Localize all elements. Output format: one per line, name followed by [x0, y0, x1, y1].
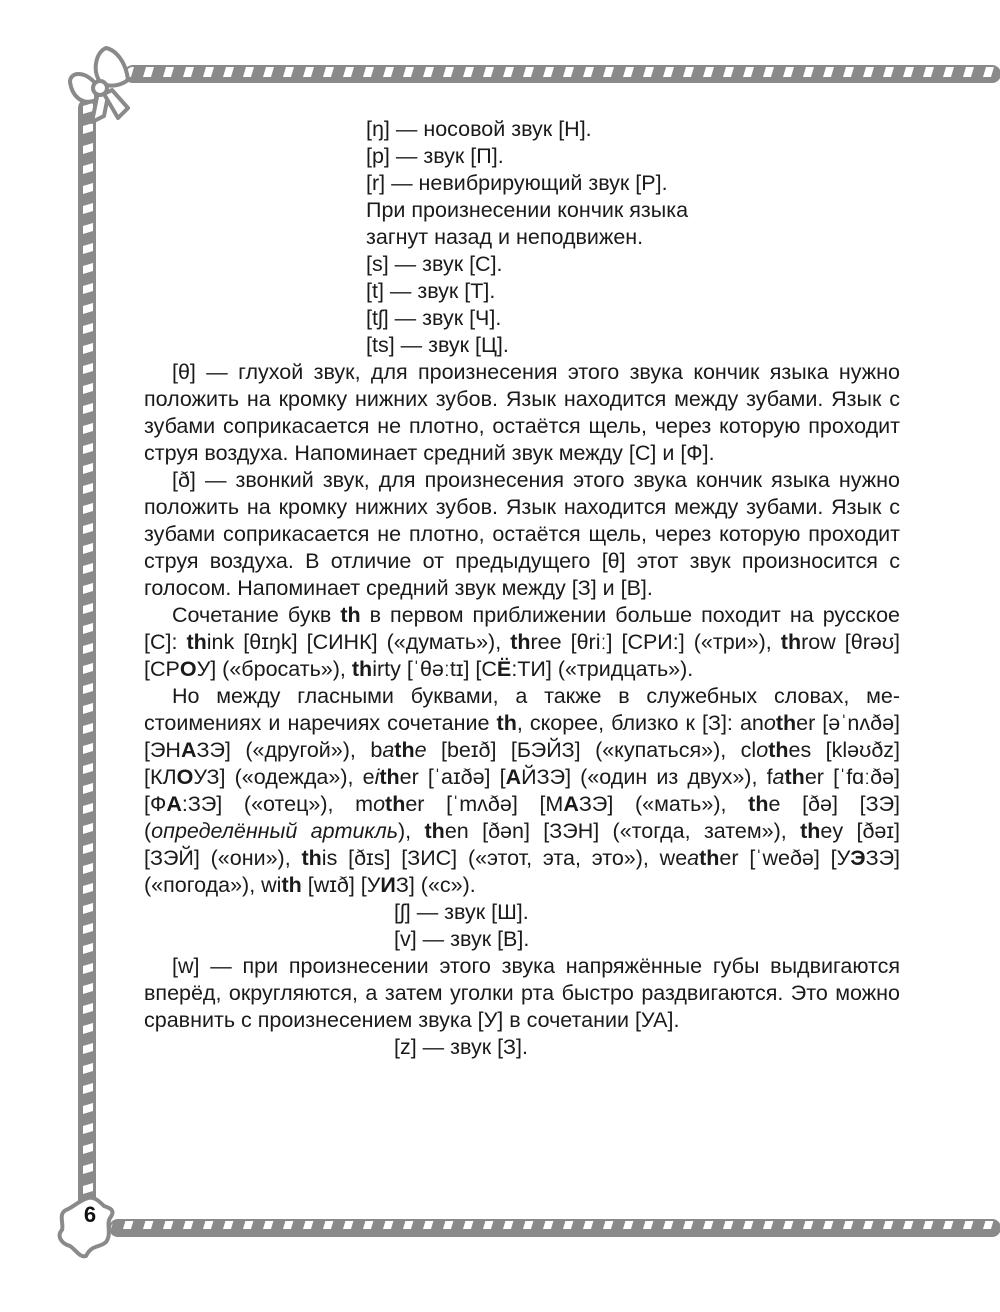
text-segment: th	[379, 765, 399, 789]
text-segment: Э	[850, 846, 865, 870]
text-segment: er [ˈaɪðə] [	[400, 765, 506, 789]
paragraph: Но между гласными буквами, а также в слу…	[144, 683, 900, 899]
paragraph: [ð] — звонкий звук, для произнесения это…	[144, 467, 900, 602]
text-segment: О	[180, 657, 197, 681]
paragraph: [θ] — глухой звук, для произнесения этог…	[144, 359, 900, 467]
text-segment: en [ðən] [ЗЭН] («тогда, затем»),	[445, 819, 800, 843]
text-segment: is [ðɪs] [ЗИС] («этот, эта, это»), we	[322, 846, 687, 870]
text-segment: th	[186, 630, 206, 654]
text-segment: o	[373, 792, 385, 816]
sound-entry: [ts] — звук [Ц].	[366, 332, 900, 359]
text-segment: th	[776, 711, 796, 735]
text-segment: th	[352, 657, 372, 681]
text-segment: th	[425, 819, 445, 843]
text-segment: ),	[398, 819, 425, 843]
sound-entry: [tʃ] — звук [Ч].	[366, 305, 900, 332]
sound-entry: [r] — невибрирующий звук [Р].	[366, 170, 900, 197]
text-segment: th	[281, 873, 301, 897]
text-segment: a	[382, 738, 394, 762]
text-segment: th	[768, 738, 788, 762]
text-segment: ЗЭ] («мать»),	[579, 792, 748, 816]
text-segment: О	[177, 765, 194, 789]
text-segment: o	[764, 711, 776, 735]
paragraph: [w] — при произнесении этого звука напря…	[144, 953, 900, 1034]
text-segment: определённый артикль	[151, 819, 398, 843]
text-segment: o	[756, 738, 768, 762]
paragraphs-th: [θ] — глухой звук, для произнесения этог…	[144, 359, 900, 899]
text-segment: th	[699, 846, 719, 870]
text-segment: А	[166, 792, 182, 816]
rope-bottom	[110, 1220, 1000, 1236]
text-segment: er [ˈweðə] [У	[719, 846, 850, 870]
sound-list-bottom: [z] — звук [З].	[144, 1034, 900, 1061]
text-segment: th	[748, 792, 768, 816]
text-segment: irty [ˈθəːtɪ] [С	[372, 657, 497, 681]
paragraph: Сочетание букв th в первом приближении б…	[144, 602, 900, 683]
text-segment: А	[506, 765, 522, 789]
text-segment: th	[302, 846, 322, 870]
text-segment: ree [θriː] [СРИ:] («три»),	[531, 630, 781, 654]
text-segment: ЗЭ] («другой»), b	[196, 738, 382, 762]
sound-list-middle: [ʃ] — звук [Ш].[v] — звук [В].	[144, 899, 900, 953]
text-segment: th	[800, 819, 820, 843]
text-segment: a	[687, 846, 699, 870]
text-segment: [θ] — глухой звук, для произнесения этог…	[144, 360, 900, 465]
text-segment: er [ˈmʌðə] [М	[405, 792, 563, 816]
rope-left	[79, 100, 95, 1210]
text-segment: th	[781, 630, 801, 654]
text-segment: :ТИ] («тридцать»).	[511, 657, 693, 681]
rope-top	[125, 66, 1000, 82]
sound-entry: [z] — звук [З].	[394, 1034, 900, 1061]
paragraph-w-sound: [w] — при произнесении этого звука напря…	[144, 953, 900, 1034]
sound-list-top: [ŋ] — носовой звук [Н].[p] — звук [П].[r…	[144, 116, 900, 359]
page-number: 6	[68, 1202, 112, 1228]
text-segment: А	[563, 792, 579, 816]
text-segment: [beɪð] [БЭЙЗ] («купаться»), cl	[427, 738, 757, 762]
text-segment: th	[785, 765, 805, 789]
text-segment: У] («бросать»),	[197, 657, 352, 681]
text-segment: [wɪð] [У	[302, 873, 381, 897]
text-segment: З] («с»).	[396, 873, 476, 897]
sound-entry: При произнесении кончик языка	[366, 197, 900, 224]
text-segment: th	[394, 738, 414, 762]
text-segment: УЗ] («одежда»), e	[193, 765, 374, 789]
text-segment: ЙЗЭ] («один из двух»), f	[521, 765, 772, 789]
text-segment: Ё	[497, 657, 511, 681]
sound-entry: загнут назад и неподвижен.	[366, 224, 900, 251]
text-segment: a	[773, 765, 785, 789]
text-segment: А	[181, 738, 197, 762]
text-segment: th	[340, 603, 360, 627]
text-segment: Сочетание букв	[172, 603, 340, 627]
text-segment: e	[415, 738, 427, 762]
text-segment: И	[380, 873, 395, 897]
text-segment: ink [θɪŋk] [СИНК] («думать»),	[207, 630, 510, 654]
text-segment: , скорее, близко к [З]: an	[517, 711, 764, 735]
text-segment: th	[497, 711, 517, 735]
sound-entry: [ŋ] — носовой звук [Н].	[366, 116, 900, 143]
sound-entry: [ʃ] — звук [Ш].	[394, 899, 900, 926]
text-segment: th	[510, 630, 530, 654]
sound-entry: [p] — звук [П].	[366, 143, 900, 170]
text-segment: [w] — при произнесении этого звука напря…	[144, 954, 900, 1032]
text-segment: [ð] — звонкий звук, для произнесения это…	[144, 468, 900, 600]
text-segment: th	[385, 792, 405, 816]
sound-entry: [t] — звук [Т].	[366, 278, 900, 305]
sound-entry: [v] — звук [В].	[394, 926, 900, 953]
sound-entry: [s] — звук [С].	[366, 251, 900, 278]
text-segment: :ЗЭ] («отец»), m	[182, 792, 373, 816]
page-content: [ŋ] — носовой звук [Н].[p] — звук [П].[r…	[144, 116, 900, 1061]
